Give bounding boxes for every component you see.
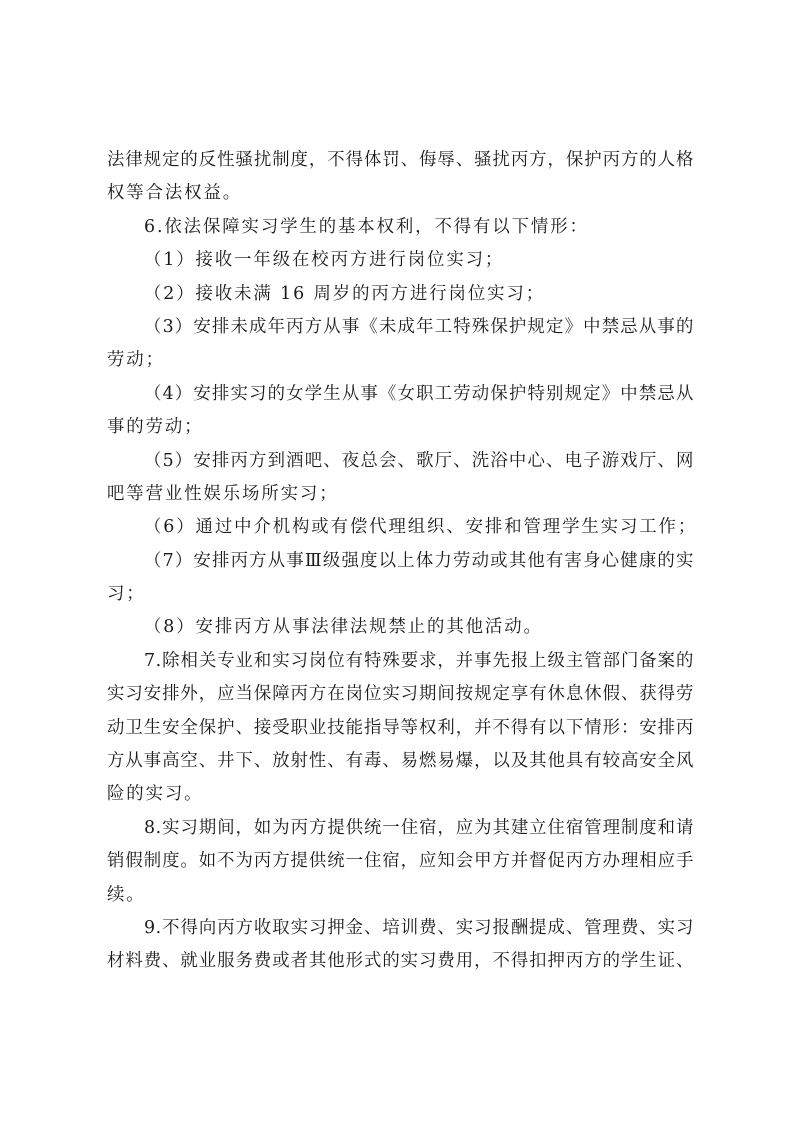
text-line: 销假制度。如不为丙方提供统一住宿，应知会甲方并督促丙方办理相应手 bbox=[107, 845, 694, 878]
paragraph-item-9: 9.不得向丙方收取实习押金、培训费、实习报酬提成、管理费、实习 材料费、就业服务… bbox=[107, 912, 694, 979]
paragraph-item-6-8: （8）安排丙方从事法律法规禁止的其他活动。 bbox=[107, 611, 694, 644]
text-line: （8）安排丙方从事法律法规禁止的其他活动。 bbox=[107, 611, 694, 644]
text-line: 险的实习。 bbox=[107, 778, 694, 811]
paragraph-item-6-2: （2）接收未满 16 周岁的丙方进行岗位实习； bbox=[107, 278, 694, 311]
line-text: 习； bbox=[107, 578, 694, 611]
line-text: 9.不得向丙方收取实习押金、培训费、实习报酬提成、管理费、实习 bbox=[144, 912, 694, 945]
line-text: 吧等营业性娱乐场所实习； bbox=[107, 478, 694, 511]
text-line: 动卫生安全保护、接受职业技能指导等权利，并不得有以下情形：安排丙 bbox=[107, 712, 694, 745]
line-text: 方从事高空、井下、放射性、有毒、易燃易爆，以及其他具有较高安全风 bbox=[107, 745, 694, 778]
text-line: （5）安排丙方到酒吧、夜总会、歌厅、洗浴中心、电子游戏厅、网 bbox=[107, 445, 694, 478]
paragraph-item-6-5: （5）安排丙方到酒吧、夜总会、歌厅、洗浴中心、电子游戏厅、网 吧等营业性娱乐场所… bbox=[107, 445, 694, 512]
text-line: 吧等营业性娱乐场所实习； bbox=[107, 478, 694, 511]
text-line: （7）安排丙方从事Ⅲ级强度以上体力劳动或其他有害身心健康的实 bbox=[107, 545, 694, 578]
line-text: 险的实习。 bbox=[107, 778, 694, 811]
text-line: 事的劳动； bbox=[107, 411, 694, 444]
text-line: 8.实习期间，如为丙方提供统一住宿，应为其建立住宿管理制度和请 bbox=[107, 812, 694, 845]
line-text: （4）安排实习的女学生从事《女职工劳动保护特别规定》中禁忌从 bbox=[144, 378, 694, 411]
line-text: 实习安排外，应当保障丙方在岗位实习期间按规定享有休息休假、获得劳 bbox=[107, 678, 694, 711]
paragraph-item-7: 7.除相关专业和实习岗位有特殊要求，并事先报上级主管部门备案的 实习安排外，应当… bbox=[107, 645, 694, 812]
text-line: （4）安排实习的女学生从事《女职工劳动保护特别规定》中禁忌从 bbox=[107, 378, 694, 411]
text-line: 续。 bbox=[107, 879, 694, 912]
text-line: 法律规定的反性骚扰制度，不得体罚、侮辱、骚扰丙方，保护丙方的人格 bbox=[107, 144, 694, 177]
text-line: （3）安排未成年丙方从事《未成年工特殊保护规定》中禁忌从事的 bbox=[107, 311, 694, 344]
line-text: 8.实习期间，如为丙方提供统一住宿，应为其建立住宿管理制度和请 bbox=[144, 812, 694, 845]
line-text: （3）安排未成年丙方从事《未成年工特殊保护规定》中禁忌从事的 bbox=[144, 311, 694, 344]
text-line: 习； bbox=[107, 578, 694, 611]
line-text: （5）安排丙方到酒吧、夜总会、歌厅、洗浴中心、电子游戏厅、网 bbox=[144, 445, 694, 478]
line-text: 续。 bbox=[107, 879, 694, 912]
line-text: 6.依法保障实习学生的基本权利，不得有以下情形： bbox=[144, 211, 694, 244]
text-line: 权等合法权益。 bbox=[107, 177, 694, 210]
text-line: 6.依法保障实习学生的基本权利，不得有以下情形： bbox=[107, 211, 694, 244]
text-line: （1）接收一年级在校丙方进行岗位实习； bbox=[107, 244, 694, 277]
text-line: （2）接收未满 16 周岁的丙方进行岗位实习； bbox=[107, 278, 694, 311]
line-text: 事的劳动； bbox=[107, 411, 694, 444]
text-line: （6）通过中介机构或有偿代理组织、安排和管理学生实习工作； bbox=[107, 511, 694, 544]
line-text: （6）通过中介机构或有偿代理组织、安排和管理学生实习工作； bbox=[144, 511, 694, 544]
line-text: 销假制度。如不为丙方提供统一住宿，应知会甲方并督促丙方办理相应手 bbox=[107, 845, 694, 878]
text-line: 方从事高空、井下、放射性、有毒、易燃易爆，以及其他具有较高安全风 bbox=[107, 745, 694, 778]
line-text: 7.除相关专业和实习岗位有特殊要求，并事先报上级主管部门备案的 bbox=[144, 645, 694, 678]
paragraph-item-6-6: （6）通过中介机构或有偿代理组织、安排和管理学生实习工作； bbox=[107, 511, 694, 544]
paragraph-item-8: 8.实习期间，如为丙方提供统一住宿，应为其建立住宿管理制度和请 销假制度。如不为… bbox=[107, 812, 694, 912]
text-line: 实习安排外，应当保障丙方在岗位实习期间按规定享有休息休假、获得劳 bbox=[107, 678, 694, 711]
text-line: 劳动； bbox=[107, 344, 694, 377]
paragraph-item-6-7: （7）安排丙方从事Ⅲ级强度以上体力劳动或其他有害身心健康的实 习； bbox=[107, 545, 694, 612]
text-line: 材料费、就业服务费或者其他形式的实习费用，不得扣押丙方的学生证、 bbox=[107, 945, 694, 978]
paragraph-item-6: 6.依法保障实习学生的基本权利，不得有以下情形： bbox=[107, 211, 694, 244]
line-text: （1）接收一年级在校丙方进行岗位实习； bbox=[144, 244, 694, 277]
text-line: 9.不得向丙方收取实习押金、培训费、实习报酬提成、管理费、实习 bbox=[107, 912, 694, 945]
line-text: 材料费、就业服务费或者其他形式的实习费用，不得扣押丙方的学生证、 bbox=[107, 945, 694, 978]
line-text: 动卫生安全保护、接受职业技能指导等权利，并不得有以下情形：安排丙 bbox=[107, 712, 694, 745]
paragraph-item-6-4: （4）安排实习的女学生从事《女职工劳动保护特别规定》中禁忌从 事的劳动； bbox=[107, 378, 694, 445]
paragraph-item-6-3: （3）安排未成年丙方从事《未成年工特殊保护规定》中禁忌从事的 劳动； bbox=[107, 311, 694, 378]
line-text: 劳动； bbox=[107, 344, 694, 377]
line-text: 权等合法权益。 bbox=[107, 177, 694, 210]
line-text: （2）接收未满 16 周岁的丙方进行岗位实习； bbox=[144, 278, 694, 311]
paragraph-continuation: 法律规定的反性骚扰制度，不得体罚、侮辱、骚扰丙方，保护丙方的人格 权等合法权益。 bbox=[107, 144, 694, 211]
line-text: 法律规定的反性骚扰制度，不得体罚、侮辱、骚扰丙方，保护丙方的人格 bbox=[107, 144, 694, 177]
document-page: 法律规定的反性骚扰制度，不得体罚、侮辱、骚扰丙方，保护丙方的人格 权等合法权益。… bbox=[107, 144, 694, 979]
paragraph-item-6-1: （1）接收一年级在校丙方进行岗位实习； bbox=[107, 244, 694, 277]
line-text: （8）安排丙方从事法律法规禁止的其他活动。 bbox=[144, 611, 694, 644]
text-line: 7.除相关专业和实习岗位有特殊要求，并事先报上级主管部门备案的 bbox=[107, 645, 694, 678]
line-text: （7）安排丙方从事Ⅲ级强度以上体力劳动或其他有害身心健康的实 bbox=[144, 545, 694, 578]
